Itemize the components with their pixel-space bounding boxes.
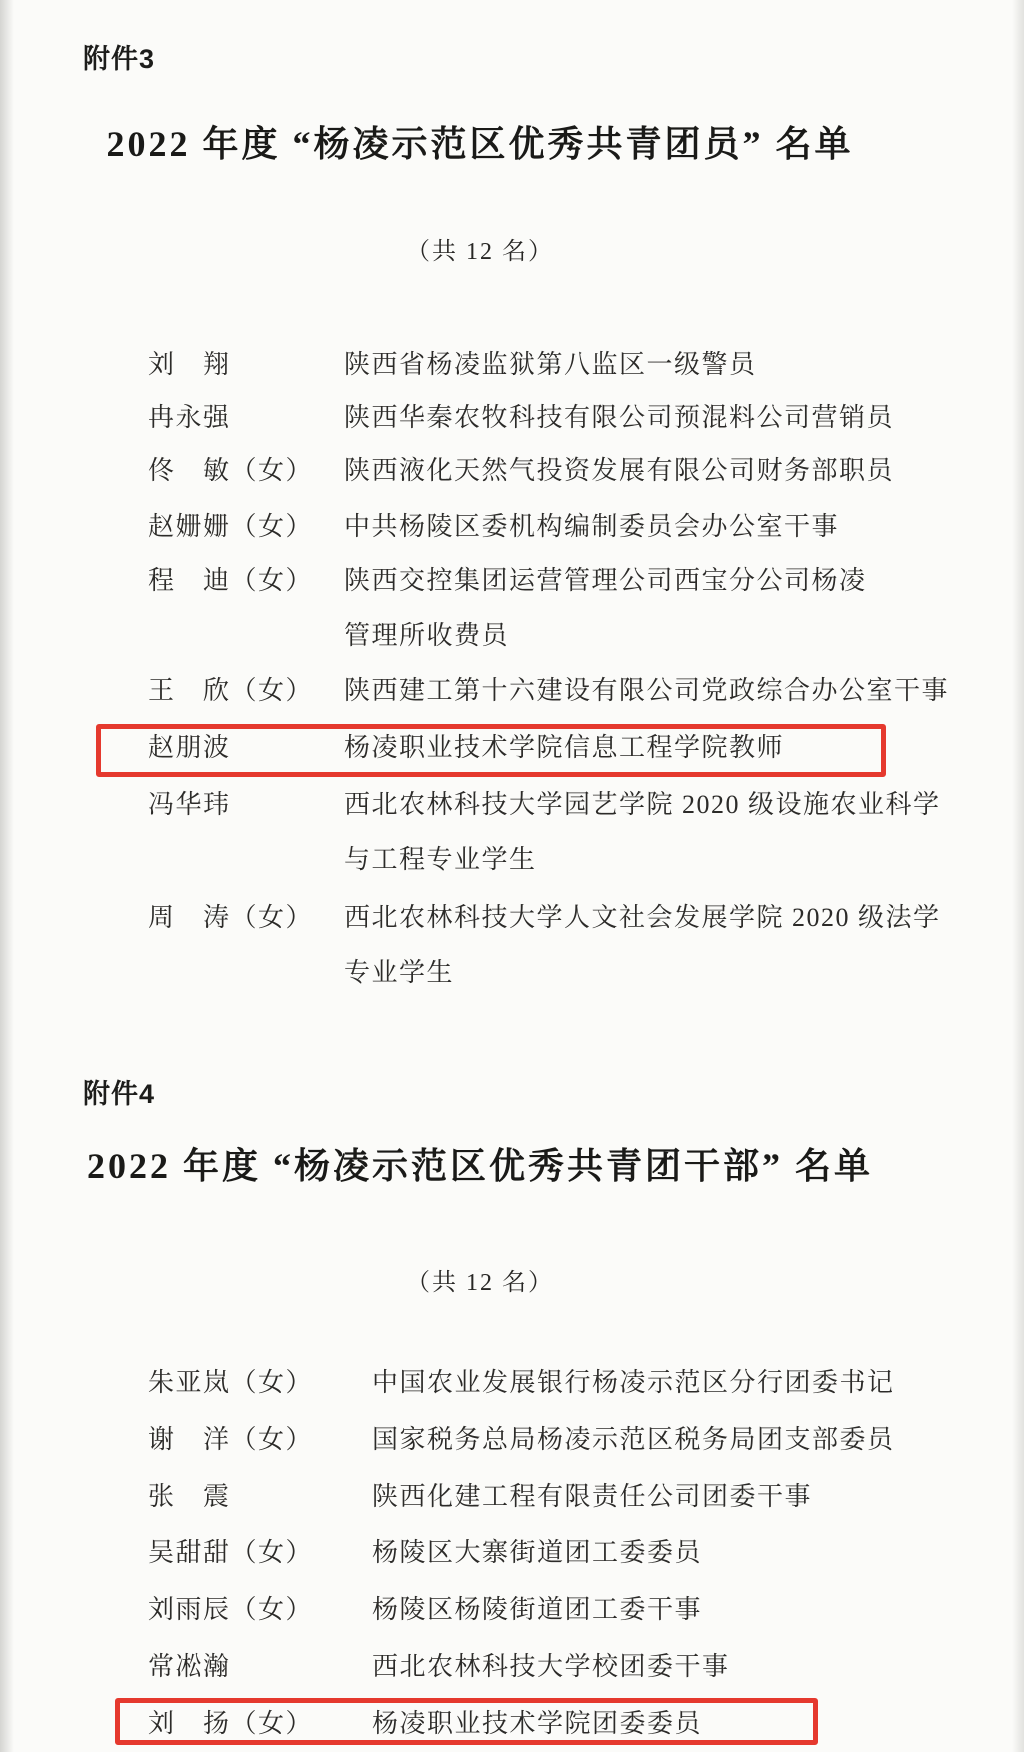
awardee-description: 陕西省杨凌监狱第八监区一级警员 (344, 352, 757, 378)
awardee-description: 陕西液化天然气投资发展有限公司财务部职员 (344, 458, 894, 484)
awardee-description-cont: 管理所收费员 (344, 623, 509, 649)
awardee-description: 陕西化建工程有限责任公司团委干事 (372, 1484, 812, 1510)
awardee-description: 杨陵区大寨街道团工委委员 (372, 1540, 702, 1566)
document-page: 附件32022 年度 “杨凌示范区优秀共青团员” 名单（共 12 名）刘 翔陕西… (0, 0, 1024, 1752)
awardee-description: 杨凌职业技术学院团委委员 (372, 1711, 702, 1737)
awardee-name: 赵朋波 (148, 735, 231, 761)
awardee-description: 西北农林科技大学园艺学院 2020 级设施农业科学 (344, 792, 941, 818)
awardee-description: 陕西交控集团运营管理公司西宝分公司杨凌 (344, 568, 867, 594)
awardee-name: 朱亚岚（女） (148, 1370, 313, 1396)
count-note: （共 12 名） (40, 1271, 920, 1295)
awardee-description: 杨陵区杨陵街道团工委干事 (372, 1597, 702, 1623)
awardee-name: 刘 翔 (148, 352, 231, 378)
awardee-name: 程 迪（女） (148, 568, 313, 594)
count-note: （共 12 名） (40, 240, 920, 264)
awardee-name: 张 震 (148, 1484, 231, 1510)
awardee-description: 陕西华秦农牧科技有限公司预混料公司营销员 (344, 405, 894, 431)
awardee-name: 刘 扬（女） (148, 1711, 313, 1737)
attachment-label: 附件4 (83, 1081, 155, 1108)
awardee-name: 周 涛（女） (148, 905, 313, 931)
scan-edge-left (0, 0, 14, 1752)
awardee-name: 刘雨辰（女） (148, 1597, 313, 1623)
awardee-name: 冉永强 (148, 405, 231, 431)
awardee-name: 吴甜甜（女） (148, 1540, 313, 1566)
awardee-name: 佟 敏（女） (148, 458, 313, 484)
awardee-description-cont: 与工程专业学生 (344, 847, 537, 873)
awardee-description: 西北农林科技大学校团委干事 (372, 1654, 730, 1680)
awardee-name: 常凇瀚 (148, 1654, 231, 1680)
awardee-description: 中国农业发展银行杨凌示范区分行团委书记 (372, 1370, 895, 1396)
list-title: 2022 年度 “杨凌示范区优秀共青团员” 名单 (40, 126, 920, 162)
awardee-description: 西北农林科技大学人文社会发展学院 2020 级法学 (344, 905, 941, 931)
attachment-label: 附件3 (83, 46, 155, 73)
awardee-name: 冯华玮 (148, 792, 231, 818)
awardee-description-cont: 专业学生 (344, 960, 454, 986)
awardee-description: 杨凌职业技术学院信息工程学院教师 (344, 735, 784, 761)
awardee-description: 陕西建工第十六建设有限公司党政综合办公室干事 (344, 678, 949, 704)
awardee-name: 赵姗姗（女） (148, 514, 313, 540)
awardee-description: 国家税务总局杨凌示范区税务局团支部委员 (372, 1427, 895, 1453)
awardee-description: 中共杨陵区委机构编制委员会办公室干事 (344, 514, 839, 540)
scan-edge-right (1012, 0, 1024, 1752)
awardee-name: 王 欣（女） (148, 678, 313, 704)
list-title: 2022 年度 “杨凌示范区优秀共青团干部” 名单 (40, 1148, 920, 1184)
awardee-name: 谢 洋（女） (148, 1427, 313, 1453)
